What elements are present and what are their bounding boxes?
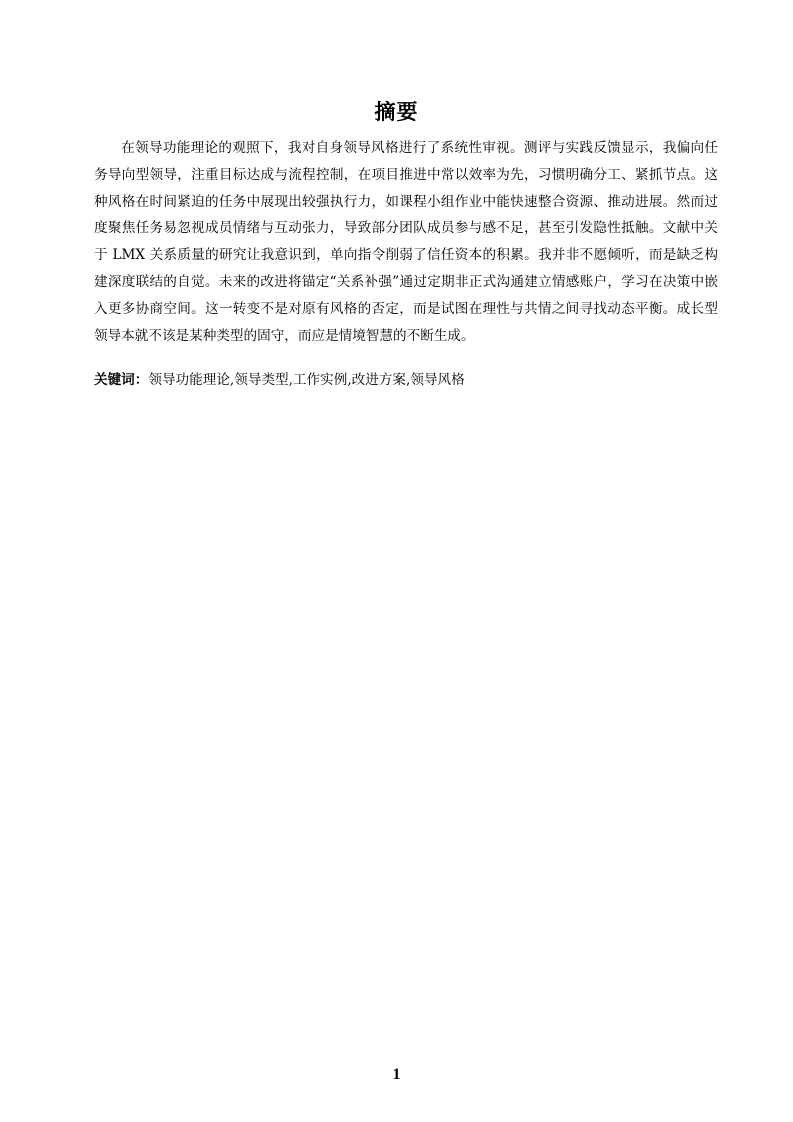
keywords-label: 关键词： bbox=[94, 372, 148, 388]
page-title: 摘要 bbox=[0, 96, 793, 126]
page-number: 1 bbox=[0, 1066, 793, 1084]
keywords-line: 关键词：领导功能理论,领导类型,工作实例,改进方案,领导风格 bbox=[94, 368, 465, 388]
abstract-paragraph: 在领导功能理论的观照下，我对自身领导风格进行了系统性审视。测评与实践反馈显示，我… bbox=[94, 135, 718, 349]
keywords-text: 领导功能理论,领导类型,工作实例,改进方案,领导风格 bbox=[148, 372, 464, 388]
